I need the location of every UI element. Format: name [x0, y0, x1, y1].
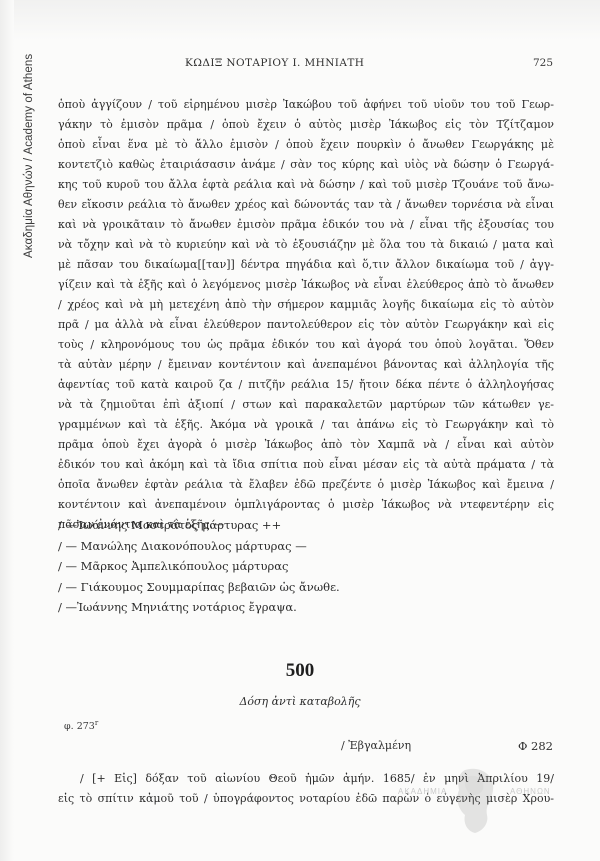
folio-reference: φ. 273r [64, 719, 98, 732]
seal-watermark-text-right: ΑΘΗΝΩΝ [510, 787, 551, 796]
section-number: 500 [0, 660, 600, 682]
seal-watermark-text-left: ΑΚΑΔΗΜΙΑ [398, 787, 447, 796]
text-line: γίζειν καὶ τὰ ἑξῆς καὶ ὁ λεγόμενος μισὲρ… [58, 275, 554, 295]
page-left-shadow [0, 0, 14, 861]
section-title: Δόση ἀντὶ καταβολῆς [0, 695, 600, 708]
text-line: θεν εἴκοσιν ρεάλια τὸ ἄνωθεν χρέος καὶ δ… [58, 195, 554, 215]
side-watermark-text: Ακαδημία Αθηνών / Academy of Athens [23, 54, 35, 258]
witness-signature: / — Μανώλης Διακονόπουλος μάρτυρας — [58, 536, 340, 557]
text-line: ὁποῖα ἄνωθεν ἑφτὰν ρεάλια τὰ ἔλαβεν ἐδῶ … [58, 475, 554, 495]
text-line: ἐδικόν του καὶ ἀκόμη καὶ τὰ ἴδια σπίτια … [58, 455, 554, 475]
witness-signature: / — Μᾶρκος Ἀμπελικόπουλος μάρτυρας [58, 556, 340, 577]
text-line: γάκην τὸ ἐμισὸν πρᾶμα / ὁπoὺ ἔχειν ὁ αὐτ… [58, 115, 554, 135]
text-line: κης τοῦ κυροῦ του ἄλλα ἑφτὰ ρεάλια καὶ ν… [58, 175, 554, 195]
text-line: / χρέος καὶ νὰ μὴ μετεχένη ἀπὸ τὴν σήμερ… [58, 295, 554, 315]
folio-recto-mark: r [95, 719, 98, 727]
athena-seal-icon [445, 765, 505, 835]
witness-list: / —Ἰωάννης Μοστράτος μάρτυρας ++ / — Μαν… [58, 515, 340, 618]
witness-signature: / —Ἰωάννης Μηνιάτης νοτάριος ἔγραψα. [58, 597, 340, 618]
text-line: πρᾶ / μα ἀλλὰ νὰ εἶναι ἐλεύθερον παντολε… [58, 315, 554, 335]
side-watermark: Ακαδημία Αθηνών / Academy of Athens [23, 48, 35, 258]
document-status: / Ἐβγαλμένη [341, 739, 411, 752]
text-line: νὰ τὄχην καὶ νὰ τὸ κυριεύην καὶ νὰ τὸ ἐξ… [58, 235, 554, 255]
witness-signature: / — Γιάκουμος Σουμμαρίπας βεβαιῶν ὡς ἄνω… [58, 577, 340, 598]
text-line: τὰ αὐτὰν μέρην / ἔμειναν κοντέντοιν καὶ … [58, 355, 554, 375]
text-line: νὰ τὰ ζημιοῦται ἐπὶ ἀξιοπί / στων καὶ πα… [58, 395, 554, 415]
text-line: τοὺς / κληρονόμους του ὡς πρᾶμα ἐδικόν τ… [58, 335, 554, 355]
text-line: ἀφεντίας τοῦ κατὰ καιροῦ ζα / πιτζῆν ρεά… [58, 375, 554, 395]
witness-signature: / —Ἰωάννης Μοστράτος μάρτυρας ++ [58, 515, 340, 536]
text-line: ὁπoὺ εἶναι ἕνα μὲ τὸ ἄλλο ἐμισὸν / ὁπoὺ … [58, 135, 554, 155]
text-line: μὲ πᾶσαν του δικαίωμα[[ταν]] δέντρα πηγά… [58, 255, 554, 275]
folio-label: φ. 273 [64, 721, 95, 732]
page-number: 725 [533, 57, 553, 69]
document-body: ὁπoὺ ἀγγίζουν / τοῦ εἰρημένου μισὲρ Ἰακώ… [58, 95, 554, 535]
page-top-shadow [0, 0, 600, 40]
text-line: γραμμένων καὶ τὰ ἑξῆς. Ἀκόμα νὰ γροικᾶ /… [58, 415, 554, 435]
text-line: κοντετζιὸ καθὼς ἐταιριάσασιν ἀνάμε / σὰν… [58, 155, 554, 175]
running-header: ΚΩΔΙΞ ΝΟΤΑΡΙΟΥ Ι. ΜΗΝΙΑΤΗ 725 [58, 57, 553, 73]
text-line: ὁπoὺ ἀγγίζουν / τοῦ εἰρημένου μισὲρ Ἰακώ… [58, 95, 554, 115]
running-title: ΚΩΔΙΞ ΝΟΤΑΡΙΟΥ Ι. ΜΗΝΙΑΤΗ [185, 57, 364, 69]
text-line: κοντέντοιν καὶ ἀνεπαμένοιν ὀμπλιγάροντας… [58, 495, 554, 515]
text-line: πρᾶμα ὁπoὺ ἔχει ἀγορὰ ὁ μισὲρ Ἰάκωβος ἀπ… [58, 435, 554, 455]
text-line: καὶ νὰ γροικᾶταιν τὸ ἄνωθεν ἐμισὸν πρᾶμα… [58, 215, 554, 235]
reference-code: Φ 282 [518, 739, 553, 753]
